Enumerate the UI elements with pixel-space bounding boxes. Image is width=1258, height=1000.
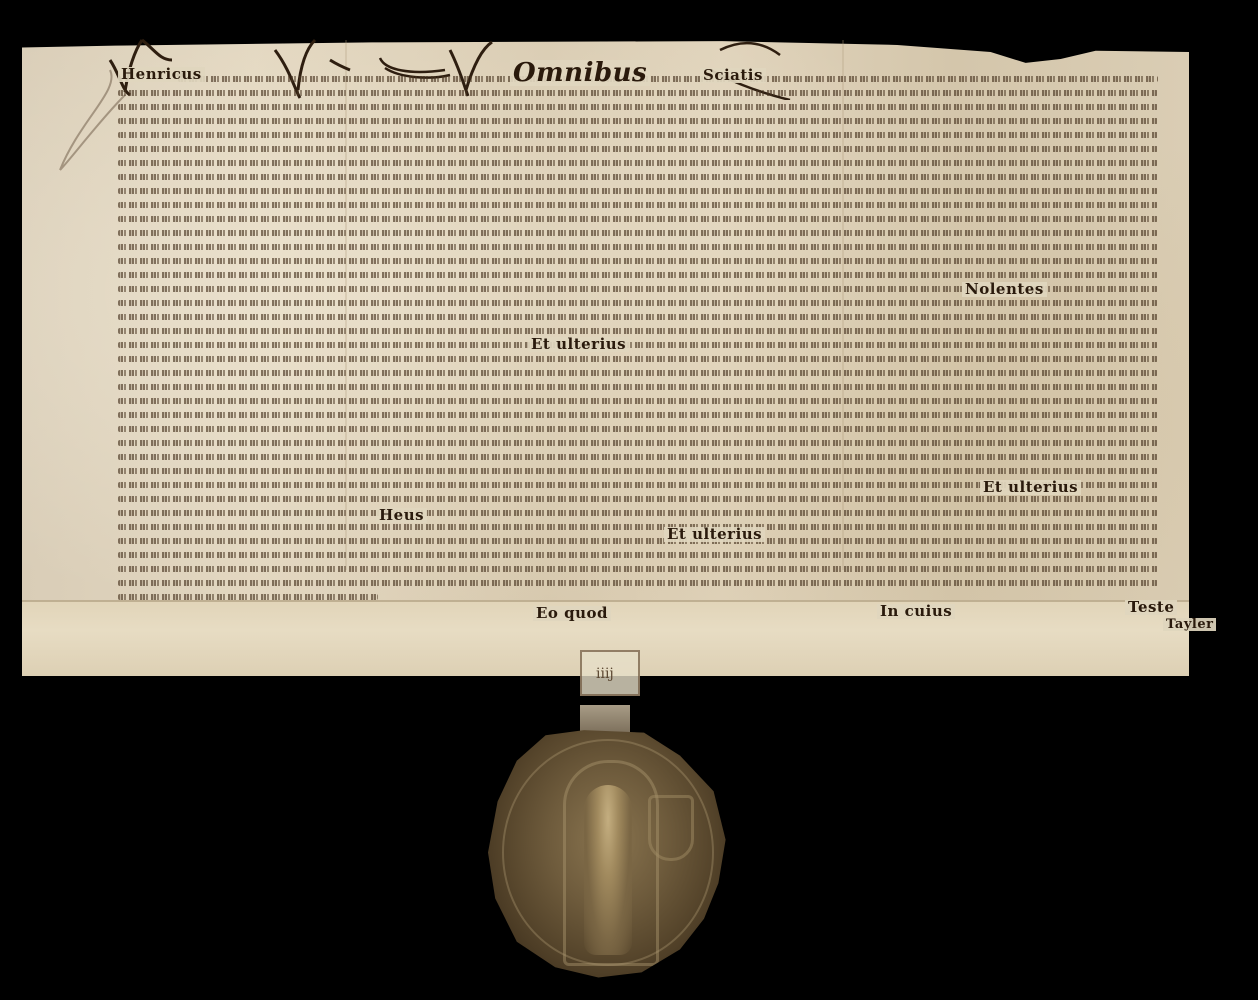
script-line <box>118 566 1158 572</box>
script-line <box>118 454 1158 460</box>
script-line <box>118 258 1158 264</box>
opening-word-henricus: Henricus <box>118 67 205 82</box>
fold-line <box>22 600 1189 602</box>
script-line <box>118 90 1158 96</box>
script-line <box>178 76 1158 82</box>
clerk-signature: Tayler <box>1163 618 1216 631</box>
display-word-omnibus: Omnibus <box>510 60 650 86</box>
script-line <box>118 538 1158 544</box>
script-line <box>118 496 1158 502</box>
seal-tag-slot: iiij <box>580 650 640 696</box>
display-word-teste: Teste <box>1125 600 1177 615</box>
script-line <box>118 104 1158 110</box>
script-line <box>118 580 1158 586</box>
script-line <box>118 146 1158 152</box>
script-line <box>118 202 1158 208</box>
script-line <box>118 328 1158 334</box>
enthroned-figure-icon <box>584 785 632 955</box>
display-word-in-cuius: In cuius <box>877 604 955 619</box>
script-line <box>118 300 1158 306</box>
shield-icon <box>648 795 694 861</box>
script-line <box>118 524 1158 530</box>
script-line <box>118 426 1158 432</box>
script-line <box>118 216 1158 222</box>
script-line <box>118 594 378 600</box>
script-line <box>118 118 1158 124</box>
script-line <box>118 132 1158 138</box>
display-word-et-ulterius: Et ulterius <box>528 337 629 352</box>
script-line <box>118 468 1158 474</box>
script-line <box>118 356 1158 362</box>
script-line <box>118 314 1158 320</box>
seal-tag-mark: iiij <box>596 666 614 682</box>
script-line <box>118 412 1158 418</box>
seal-parchment-strip <box>580 705 630 733</box>
script-line <box>118 174 1158 180</box>
display-word-sciatis: Sciatis <box>700 68 766 83</box>
display-word-et-ulterius: Et ulterius <box>664 527 765 542</box>
script-line <box>118 510 1158 516</box>
script-line <box>118 398 1158 404</box>
wax-seal <box>488 725 728 980</box>
display-word-et-ulterius: Et ulterius <box>980 480 1081 495</box>
script-line <box>118 552 1158 558</box>
script-line <box>118 244 1158 250</box>
script-line <box>118 272 1158 278</box>
display-word-nolentes: Nolentes <box>962 282 1047 297</box>
display-word-eo-quod: Eo quod <box>533 606 611 621</box>
script-line <box>118 440 1158 446</box>
charter-text-body <box>118 76 1168 596</box>
script-line <box>118 384 1158 390</box>
script-line <box>118 230 1158 236</box>
script-line <box>118 370 1158 376</box>
script-line <box>118 342 1158 348</box>
script-line <box>118 188 1158 194</box>
display-word-heus: Heus <box>376 508 427 523</box>
script-line <box>118 160 1158 166</box>
